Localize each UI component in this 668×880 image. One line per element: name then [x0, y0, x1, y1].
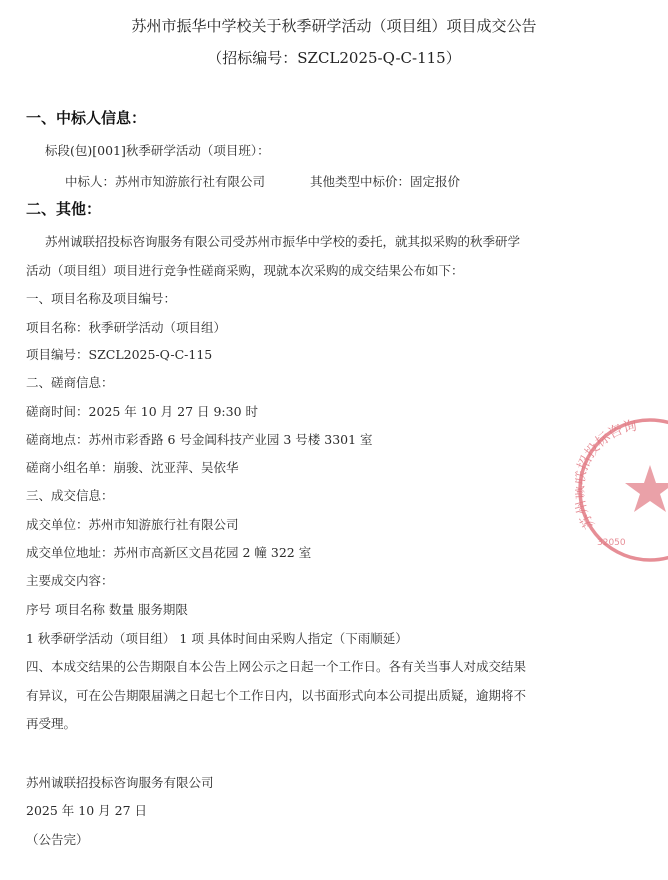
- content-table-row: 1 秋季研学活动（项目组） 1 项 具体时间由采购人指定（下雨顺延）: [26, 631, 408, 647]
- intro-line-2: 活动（项目组）项目进行竞争性磋商采购，现就本次采购的成交结果公布如下：: [26, 263, 464, 279]
- winner-name: 中标人：苏州市知游旅行社有限公司: [65, 174, 265, 190]
- deal-heading: 三、成交信息：: [26, 488, 114, 504]
- negotiation-place: 磋商地点：苏州市彩香路 6 号金阊科技产业园 3 号楼 3301 室: [26, 432, 373, 448]
- project-name: 项目名称：秋季研学活动（项目组）: [26, 320, 226, 336]
- project-number: 项目编号：SZCL2025-Q-C-115: [26, 347, 212, 363]
- intro-line-1: 苏州诚联招投标咨询服务有限公司受苏州市振华中学校的委托，就其拟采购的秋季研学: [45, 234, 520, 250]
- tender-number: （招标编号：SZCL2025-Q-C-115）: [0, 50, 668, 66]
- svg-text:32050: 32050: [597, 538, 626, 548]
- objection-line-2: 有异议，可在公告期限届满之日起七个工作日内，以书面形式向本公司提出质疑，逾期将不: [26, 688, 526, 704]
- announcement-page: 苏州市振华中学校关于秋季研学活动（项目组）项目成交公告 （招标编号：SZCL20…: [0, 0, 668, 880]
- section-winner-heading: 一、中标人信息：: [26, 110, 146, 126]
- negotiation-time: 磋商时间：2025 年 10 月 27 日 9:30 时: [26, 404, 258, 420]
- deal-address: 成交单位地址：苏州市高新区文昌花园 2 幢 322 室: [26, 545, 311, 561]
- main-content-label: 主要成交内容：: [26, 573, 114, 589]
- negotiation-heading: 二、磋商信息：: [26, 375, 114, 391]
- project-heading: 一、项目名称及项目编号：: [26, 291, 176, 307]
- objection-line-3: 再受理。: [26, 716, 76, 732]
- content-table-header: 序号 项目名称 数量 服务期限: [26, 602, 188, 618]
- deal-unit: 成交单位：苏州市知游旅行社有限公司: [26, 517, 239, 533]
- section-other-heading: 二、其他：: [26, 201, 101, 217]
- winning-price: 其他类型中标价：固定报价: [310, 174, 460, 190]
- lot-info: 标段(包)[001]秋季研学活动（项目班）：: [45, 143, 270, 159]
- footer-date: 2025 年 10 月 27 日: [26, 803, 147, 819]
- official-seal-icon: 苏州诚联招投标咨询 32050: [575, 415, 668, 565]
- footer-company: 苏州诚联招投标咨询服务有限公司: [26, 775, 214, 791]
- document-title: 苏州市振华中学校关于秋季研学活动（项目组）项目成交公告: [0, 18, 668, 34]
- objection-line-1: 四、本成交结果的公告期限自本公告上网公示之日起一个工作日。各有关当事人对成交结果: [26, 659, 526, 675]
- negotiation-panel: 磋商小组名单：崩骏、沈亚萍、吴依华: [26, 460, 239, 476]
- footer-end: （公告完）: [26, 832, 89, 848]
